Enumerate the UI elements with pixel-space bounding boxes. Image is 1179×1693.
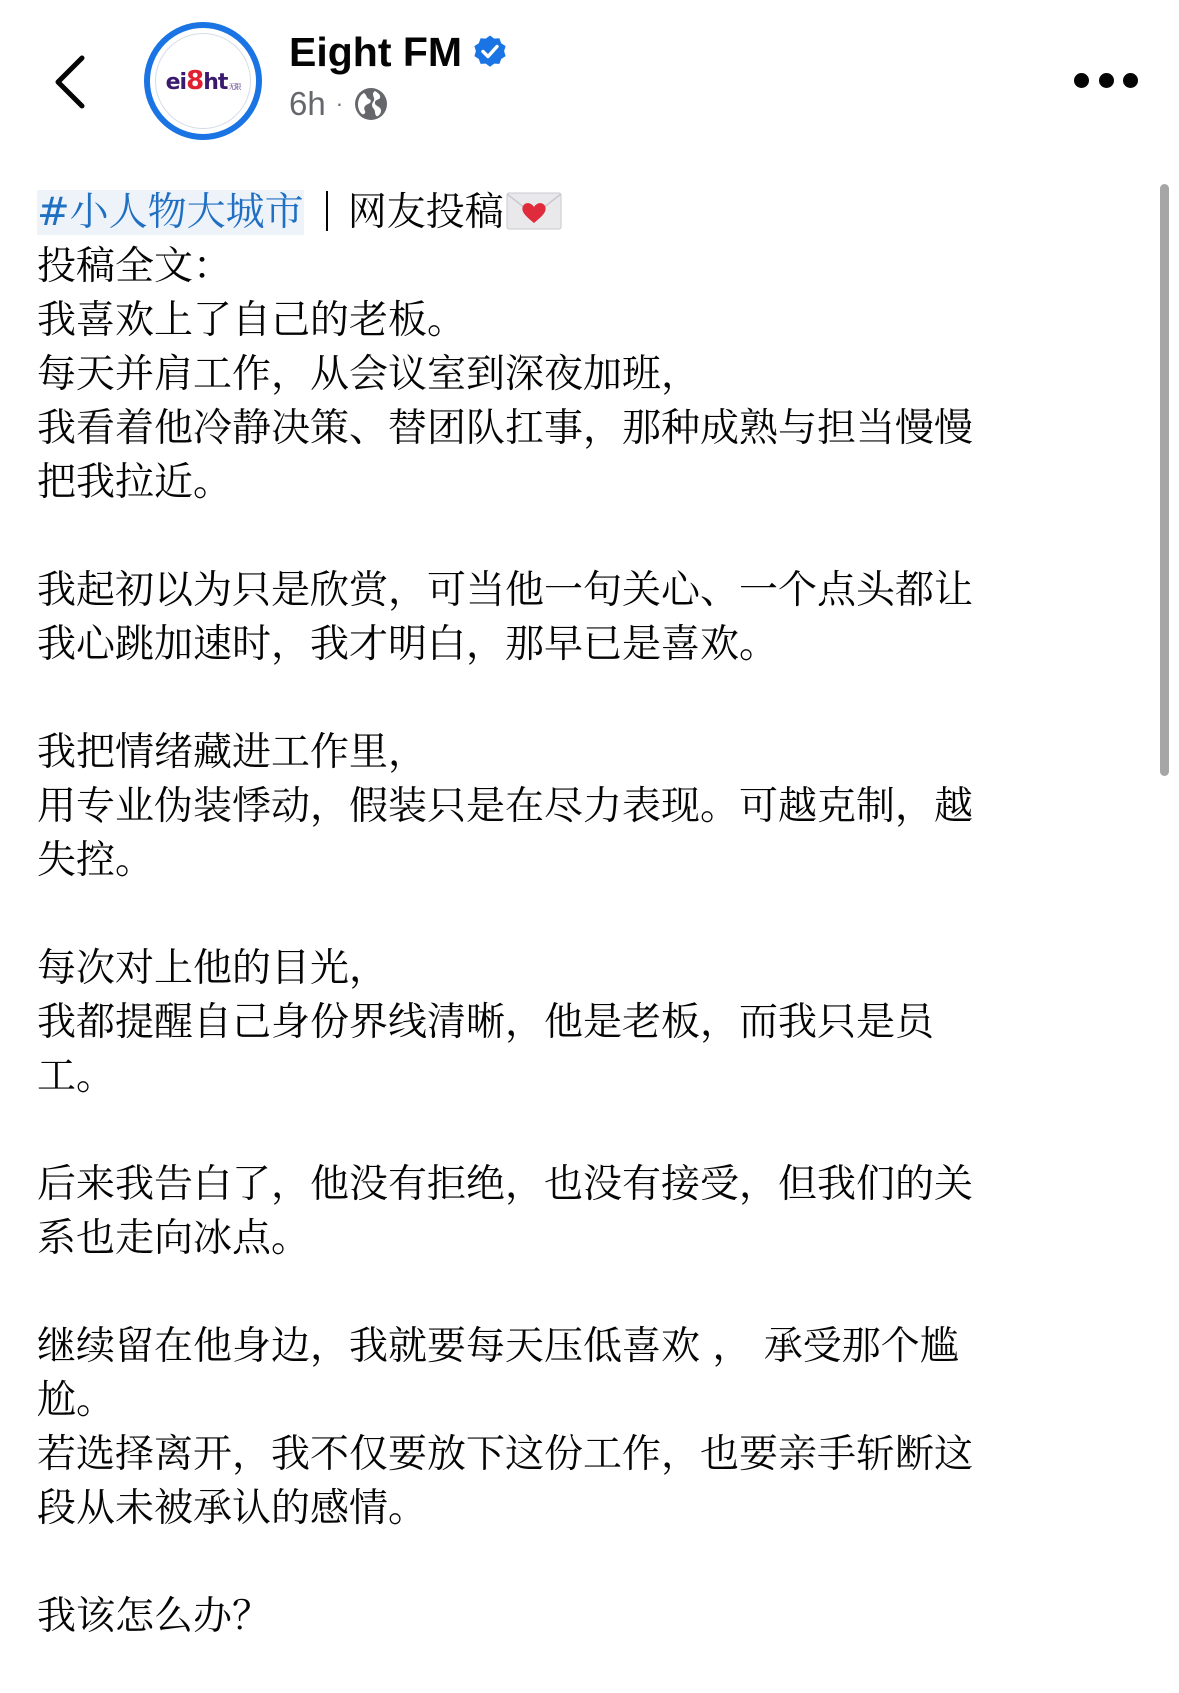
paragraph-gap [37, 672, 1127, 726]
post-text-line: 系也走向冰点。 [37, 1212, 1127, 1266]
post-text-line: 我心跳加速时，我才明白，那早已是喜欢。 [37, 618, 1127, 672]
post-body: #小人物大城市网友投稿 投稿全文： 我喜欢上了自己的老板。 每天并肩工作，从会议… [37, 186, 1127, 1644]
post-text-line: 我把情绪藏进工作里， [37, 726, 1127, 780]
more-options-button[interactable] [1074, 66, 1138, 94]
post-header: ei8ht无限 Eight FM 6h · [0, 0, 1179, 160]
page-name-row: Eight FM [289, 26, 508, 78]
post-text-line: 我看着他冷静决策、替团队扛事，那种成熟与担当慢慢 [37, 402, 1127, 456]
meta-separator: · [336, 91, 343, 117]
post-text-line: 我喜欢上了自己的老板。 [37, 294, 1127, 348]
chevron-left-icon [50, 52, 94, 112]
page-avatar[interactable]: ei8ht无限 [144, 22, 262, 140]
post-text-line: 工。 [37, 1050, 1127, 1104]
post-text-line: 每天并肩工作，从会议室到深夜加班， [37, 348, 1127, 402]
post-text-line: 后来我告白了，他没有拒绝，也没有接受，但我们的关 [37, 1158, 1127, 1212]
paragraph-gap [37, 1266, 1127, 1320]
post-timestamp[interactable]: 6h [289, 85, 326, 123]
post-text-line: 若选择离开，我不仅要放下这份工作，也要亲手斩断这 [37, 1428, 1127, 1482]
hashtag-link[interactable]: #小人物大城市 [37, 190, 304, 235]
paragraph-gap [37, 1536, 1127, 1590]
post-text-line: 失控。 [37, 834, 1127, 888]
avatar-logo-frame: ei8ht无限 [155, 33, 251, 129]
post-meta: 6h · [289, 84, 389, 124]
post-text-line: 尬。 [37, 1374, 1127, 1428]
logo-text-suffix: ht [203, 70, 227, 95]
vertical-scrollbar[interactable] [1160, 184, 1169, 776]
post-title-line: #小人物大城市网友投稿 [37, 186, 1127, 240]
more-dot [1074, 73, 1089, 88]
more-dot [1099, 73, 1114, 88]
globe-icon[interactable] [353, 86, 389, 122]
post-text-line: 我都提醒自己身份界线清晰，他是老板，而我只是员 [37, 996, 1127, 1050]
title-separator [326, 191, 328, 231]
post-text-line: 段从未被承认的感情。 [37, 1482, 1127, 1536]
eight-fm-logo: ei8ht无限 [166, 66, 241, 96]
post-text-line: 我起初以为只是欣赏，可当他一句关心、一个点头都让 [37, 564, 1127, 618]
love-letter-icon [506, 191, 562, 231]
post-text-line: 每次对上他的目光， [37, 942, 1127, 996]
post-text-line: 把我拉近。 [37, 456, 1127, 510]
paragraph-gap [37, 510, 1127, 564]
logo-digit: 8 [186, 66, 203, 96]
more-dot [1123, 73, 1138, 88]
paragraph-gap [37, 1104, 1127, 1158]
verified-badge-icon [472, 34, 508, 70]
post-text-line: 用专业伪装悸动，假装只是在尽力表现。可越克制，越 [37, 780, 1127, 834]
logo-text-prefix: ei [166, 70, 186, 95]
page-name[interactable]: Eight FM [289, 29, 462, 76]
back-button[interactable] [50, 52, 94, 112]
post-text-line: 我该怎么办？ [37, 1590, 1127, 1644]
paragraph-gap [37, 888, 1127, 942]
post-text-line: 继续留在他身边，我就要每天压低喜欢 ， 承受那个尴 [37, 1320, 1127, 1374]
post-category: 网友投稿 [348, 190, 504, 235]
post-text-line: 投稿全文： [37, 240, 1127, 294]
logo-subtext: 无限 [228, 82, 240, 92]
